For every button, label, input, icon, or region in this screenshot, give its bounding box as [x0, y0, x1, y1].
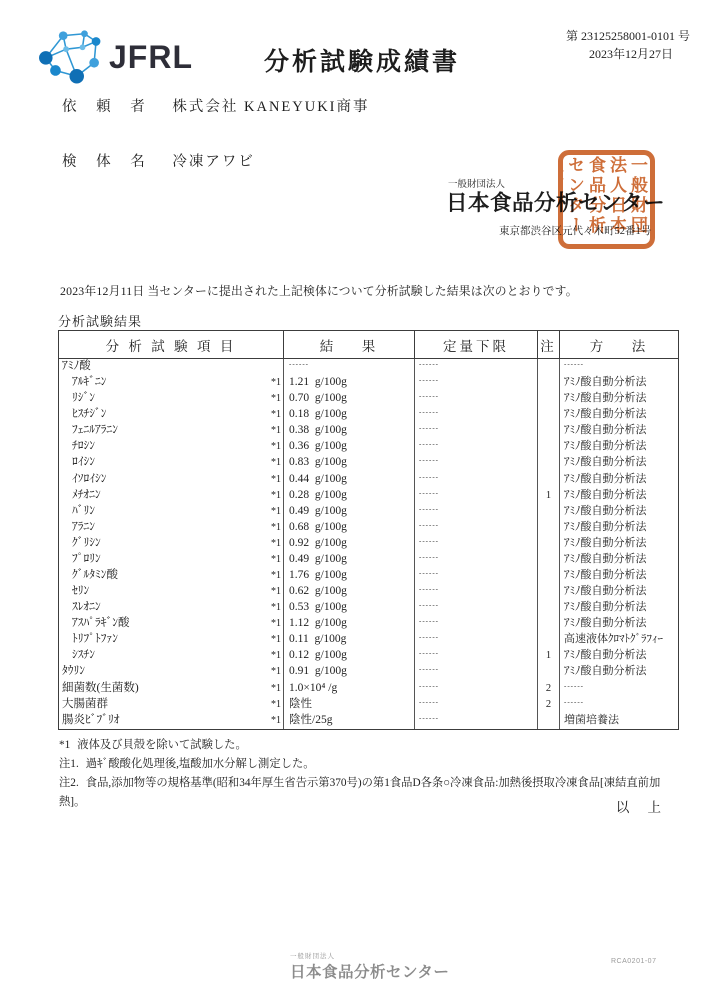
footnote-text: 過ｷﾞ酸酸化処理後,塩酸加水分解し測定した。	[86, 758, 315, 770]
cell-loq: ------	[414, 359, 537, 375]
cell-result: 0.83 g/100g	[283, 455, 414, 471]
cell-item: 大腸菌群 *1	[59, 697, 283, 713]
table-row: ﾋｽﾁｼﾞﾝ *1 0.18 g/100g ------ ｱﾐﾉ酸自動分析法	[59, 407, 678, 423]
item-name: ｱｽﾊﾟﾗｷﾞﾝ酸	[72, 616, 130, 632]
item-ref-mark: *1	[271, 664, 283, 680]
item-name: ｼｽﾁﾝ	[72, 648, 95, 664]
cell-note	[537, 536, 559, 552]
cell-note: 2	[537, 681, 559, 697]
cell-loq: ------	[414, 391, 537, 407]
footnote-marker: *1	[59, 739, 70, 751]
cell-note	[537, 600, 559, 616]
cell-loq: ------	[414, 697, 537, 713]
table-row: ｱﾐﾉ酸 ------ ------ ------	[59, 359, 678, 375]
item-name: ﾀｳﾘﾝ	[62, 664, 85, 680]
cell-item: ｱﾗﾆﾝ *1	[59, 520, 283, 536]
column-header-result: 結 果	[283, 331, 414, 358]
cell-item: ﾌﾟﾛﾘﾝ *1	[59, 552, 283, 568]
item-name: ﾄﾘﾌﾟﾄﾌｧﾝ	[72, 632, 118, 648]
cell-result: 0.36 g/100g	[283, 439, 414, 455]
table-row: ﾒﾁｵﾆﾝ *1 0.28 g/100g ------ 1 ｱﾐﾉ酸自動分析法	[59, 488, 678, 504]
item-name: ｱﾐﾉ酸	[62, 359, 91, 375]
cell-loq: ------	[414, 423, 537, 439]
item-name: ｾﾘﾝ	[72, 584, 89, 600]
item-name: ﾁﾛｼﾝ	[72, 439, 95, 455]
cell-result: 0.18 g/100g	[283, 407, 414, 423]
item-ref-mark: *1	[271, 439, 283, 455]
cell-method: ｱﾐﾉ酸自動分析法	[559, 472, 678, 488]
item-ref-mark: *1	[271, 536, 283, 552]
item-name: ｱﾙｷﾞﾆﾝ	[72, 375, 107, 391]
table-row: ｲｿﾛｲｼﾝ *1 0.44 g/100g ------ ｱﾐﾉ酸自動分析法	[59, 472, 678, 488]
table-row: ﾌﾟﾛﾘﾝ *1 0.49 g/100g ------ ｱﾐﾉ酸自動分析法	[59, 552, 678, 568]
cell-method: ------	[559, 681, 678, 697]
jfrl-logo-text: JFRL	[109, 39, 193, 76]
cell-note	[537, 520, 559, 536]
cell-item: ﾊﾞﾘﾝ *1	[59, 504, 283, 520]
table-row: ﾌｪﾆﾙｱﾗﾆﾝ *1 0.38 g/100g ------ ｱﾐﾉ酸自動分析法	[59, 423, 678, 439]
column-header-loq: 定量下限	[414, 331, 537, 358]
cell-loq: ------	[414, 536, 537, 552]
cell-loq: ------	[414, 407, 537, 423]
item-name: ｸﾞﾙﾀﾐﾝ酸	[72, 568, 118, 584]
table-row: ｼｽﾁﾝ *1 0.12 g/100g ------ 1 ｱﾐﾉ酸自動分析法	[59, 648, 678, 664]
cell-result: 0.91 g/100g	[283, 664, 414, 680]
footnote-text: 液体及び貝殻を除いて試験した。	[77, 739, 246, 751]
cell-result: 0.70 g/100g	[283, 391, 414, 407]
cell-result: 1.12 g/100g	[283, 616, 414, 632]
cell-item: ﾁﾛｼﾝ *1	[59, 439, 283, 455]
results-table: 分 析 試 験 項 目 結 果 定量下限 注 方 法 ｱﾐﾉ酸 ------ -…	[58, 330, 679, 730]
item-name: ｸﾞﾘｼﾝ	[72, 536, 101, 552]
item-ref-mark: *1	[271, 681, 283, 697]
results-table-body: ｱﾐﾉ酸 ------ ------ ------ ｱﾙｷﾞﾆﾝ *1 1.21…	[59, 359, 678, 729]
cell-item: ｱﾙｷﾞﾆﾝ *1	[59, 375, 283, 391]
table-row: ｾﾘﾝ *1 0.62 g/100g ------ ｱﾐﾉ酸自動分析法	[59, 584, 678, 600]
cell-method: ------	[559, 359, 678, 375]
client-row: 依 頼 者 株式会社 KANEYUKI商事	[62, 95, 370, 116]
cell-note	[537, 439, 559, 455]
item-name: ｽﾚｵﾆﾝ	[72, 600, 101, 616]
cell-result: 0.28 g/100g	[283, 488, 414, 504]
item-ref-mark: *1	[271, 472, 283, 488]
cell-loq: ------	[414, 648, 537, 664]
cell-note	[537, 504, 559, 520]
cell-result: 0.44 g/100g	[283, 472, 414, 488]
cell-loq: ------	[414, 552, 537, 568]
item-name: ﾊﾞﾘﾝ	[72, 504, 95, 520]
cell-method: ｱﾐﾉ酸自動分析法	[559, 391, 678, 407]
item-name: ﾌｪﾆﾙｱﾗﾆﾝ	[72, 423, 118, 439]
sample-row: 検 体 名 冷凍アワビ	[62, 150, 255, 171]
cell-method: ｱﾐﾉ酸自動分析法	[559, 439, 678, 455]
client-label: 依 頼 者	[62, 99, 153, 115]
table-row: ｽﾚｵﾆﾝ *1 0.53 g/100g ------ ｱﾐﾉ酸自動分析法	[59, 600, 678, 616]
cell-loq: ------	[414, 616, 537, 632]
item-ref-mark: *1	[271, 568, 283, 584]
cell-item: ｸﾞﾘｼﾝ *1	[59, 536, 283, 552]
cell-loq: ------	[414, 568, 537, 584]
cell-loq: ------	[414, 520, 537, 536]
cell-loq: ------	[414, 632, 537, 648]
item-ref-mark: *1	[271, 648, 283, 664]
cell-loq: ------	[414, 664, 537, 680]
table-row: 腸炎ﾋﾞﾌﾞﾘｵ *1 陰性/25g ------ 増菌培養法	[59, 713, 678, 729]
cell-method: 増菌培養法	[559, 713, 678, 729]
item-name: 大腸菌群	[62, 697, 108, 713]
item-name: ﾘｼﾞﾝ	[72, 391, 95, 407]
table-row: ﾛｲｼﾝ *1 0.83 g/100g ------ ｱﾐﾉ酸自動分析法	[59, 455, 678, 471]
item-ref-mark: *1	[271, 520, 283, 536]
cell-item: ｱｽﾊﾟﾗｷﾞﾝ酸 *1	[59, 616, 283, 632]
cell-method: ｱﾐﾉ酸自動分析法	[559, 488, 678, 504]
results-table-header: 分 析 試 験 項 目 結 果 定量下限 注 方 法	[59, 331, 678, 359]
cell-result: 1.76 g/100g	[283, 568, 414, 584]
cell-result: 0.62 g/100g	[283, 584, 414, 600]
cell-method: ｱﾐﾉ酸自動分析法	[559, 536, 678, 552]
cell-note	[537, 375, 559, 391]
cell-result: 0.68 g/100g	[283, 520, 414, 536]
cell-item: ｱﾐﾉ酸	[59, 359, 283, 375]
item-ref-mark: *1	[271, 423, 283, 439]
cell-note	[537, 584, 559, 600]
item-name: ﾛｲｼﾝ	[72, 455, 95, 471]
cell-loq: ------	[414, 584, 537, 600]
cell-method: ｱﾐﾉ酸自動分析法	[559, 375, 678, 391]
item-ref-mark: *1	[271, 391, 283, 407]
item-ref-mark: *1	[271, 697, 283, 713]
cell-method: 高速液体ｸﾛﾏﾄｸﾞﾗﾌｨｰ	[559, 632, 678, 648]
cell-item: ﾒﾁｵﾆﾝ *1	[59, 488, 283, 504]
item-ref-mark: *1	[271, 488, 283, 504]
item-name: ｲｿﾛｲｼﾝ	[72, 472, 107, 488]
cell-result: 0.12 g/100g	[283, 648, 414, 664]
cell-loq: ------	[414, 375, 537, 391]
table-row: ﾀｳﾘﾝ *1 0.91 g/100g ------ ｱﾐﾉ酸自動分析法	[59, 664, 678, 680]
table-row: ﾄﾘﾌﾟﾄﾌｧﾝ *1 0.11 g/100g ------ 高速液体ｸﾛﾏﾄｸ…	[59, 632, 678, 648]
cell-item: ﾛｲｼﾝ *1	[59, 455, 283, 471]
cell-result: 0.11 g/100g	[283, 632, 414, 648]
cell-note	[537, 552, 559, 568]
item-name: 細菌数(生菌数)	[62, 681, 139, 697]
cell-method: ｱﾐﾉ酸自動分析法	[559, 584, 678, 600]
cell-method: ｱﾐﾉ酸自動分析法	[559, 407, 678, 423]
item-ref-mark: *1	[271, 616, 283, 632]
cell-result: 陰性/25g	[283, 713, 414, 729]
cell-result: 0.49 g/100g	[283, 504, 414, 520]
cell-item: ﾘｼﾞﾝ *1	[59, 391, 283, 407]
cell-note	[537, 391, 559, 407]
cell-loq: ------	[414, 504, 537, 520]
cell-note	[537, 713, 559, 729]
cell-item: ﾄﾘﾌﾟﾄﾌｧﾝ *1	[59, 632, 283, 648]
cell-result: 1.0×10⁴ /g	[283, 681, 414, 697]
table-row: ｱﾗﾆﾝ *1 0.68 g/100g ------ ｱﾐﾉ酸自動分析法	[59, 520, 678, 536]
results-section-title: 分析試験結果	[58, 311, 142, 330]
jfrl-logo: JFRL	[34, 26, 193, 89]
table-row: ｱｽﾊﾟﾗｷﾞﾝ酸 *1 1.12 g/100g ------ ｱﾐﾉ酸自動分析…	[59, 616, 678, 632]
report-statement: 2023年12月11日 当センターに提出された上記検体について分析試験した結果は…	[60, 282, 578, 299]
cell-note	[537, 423, 559, 439]
cell-loq: ------	[414, 600, 537, 616]
item-ref-mark: *1	[271, 375, 283, 391]
cell-item: 細菌数(生菌数) *1	[59, 681, 283, 697]
cell-note	[537, 359, 559, 375]
item-ref-mark: *1	[271, 584, 283, 600]
cell-note	[537, 616, 559, 632]
cell-note	[537, 632, 559, 648]
cell-result: 1.21 g/100g	[283, 375, 414, 391]
document-number: 第 23125258001-0101 号	[380, 27, 690, 44]
cell-method: ------	[559, 697, 678, 713]
item-ref-mark: *1	[271, 600, 283, 616]
analysis-report-page: JFRL 分析試験成績書 第 23125258001-0101 号 2023年1…	[0, 0, 704, 1000]
cell-note	[537, 472, 559, 488]
cell-method: ｱﾐﾉ酸自動分析法	[559, 520, 678, 536]
item-name: ｱﾗﾆﾝ	[72, 520, 95, 536]
lab-seal-text: 一般財団法人日本食品分析センター之印	[563, 155, 650, 244]
cell-result: 0.92 g/100g	[283, 536, 414, 552]
cell-note: 1	[537, 488, 559, 504]
cell-method: ｱﾐﾉ酸自動分析法	[559, 616, 678, 632]
column-header-note: 注	[537, 331, 559, 358]
cell-loq: ------	[414, 681, 537, 697]
table-row: 大腸菌群 *1 陰性 ------ 2 ------	[59, 697, 678, 713]
table-row: ﾘｼﾞﾝ *1 0.70 g/100g ------ ｱﾐﾉ酸自動分析法	[59, 391, 678, 407]
cell-result: 陰性	[283, 697, 414, 713]
item-name: ﾋｽﾁｼﾞﾝ	[72, 407, 107, 423]
cell-result: ------	[283, 359, 414, 375]
table-row: ﾊﾞﾘﾝ *1 0.49 g/100g ------ ｱﾐﾉ酸自動分析法	[59, 504, 678, 520]
column-header-item: 分 析 試 験 項 目	[59, 331, 283, 358]
column-header-method: 方 法	[559, 331, 678, 358]
cell-loq: ------	[414, 488, 537, 504]
cell-method: ｱﾐﾉ酸自動分析法	[559, 455, 678, 471]
cell-result: 0.38 g/100g	[283, 423, 414, 439]
jfrl-molecule-icon	[34, 26, 104, 89]
footer-lab-logo: 一般財団法人 日本食品分析センター	[290, 951, 449, 982]
lab-seal-stamp: 一般財団法人日本食品分析センター之印	[558, 150, 655, 249]
cell-loq: ------	[414, 713, 537, 729]
item-name: 腸炎ﾋﾞﾌﾞﾘｵ	[62, 713, 120, 729]
cell-item: ｽﾚｵﾆﾝ *1	[59, 600, 283, 616]
cell-method: ｱﾐﾉ酸自動分析法	[559, 648, 678, 664]
sample-value: 冷凍アワビ	[172, 154, 255, 170]
cell-item: ｾﾘﾝ *1	[59, 584, 283, 600]
cell-loq: ------	[414, 455, 537, 471]
closing-mark: 以 上	[58, 796, 663, 816]
cell-note	[537, 407, 559, 423]
item-name: ﾒﾁｵﾆﾝ	[72, 488, 101, 504]
cell-result: 0.53 g/100g	[283, 600, 414, 616]
cell-item: ｸﾞﾙﾀﾐﾝ酸 *1	[59, 568, 283, 584]
client-value: 株式会社 KANEYUKI商事	[172, 99, 369, 115]
cell-item: ｼｽﾁﾝ *1	[59, 648, 283, 664]
table-row: ｸﾞﾘｼﾝ *1 0.92 g/100g ------ ｱﾐﾉ酸自動分析法	[59, 536, 678, 552]
cell-method: ｱﾐﾉ酸自動分析法	[559, 504, 678, 520]
cell-method: ｱﾐﾉ酸自動分析法	[559, 568, 678, 584]
footnote-marker: 注2.	[59, 777, 79, 789]
cell-item: ﾀｳﾘﾝ *1	[59, 664, 283, 680]
cell-method: ｱﾐﾉ酸自動分析法	[559, 423, 678, 439]
cell-note	[537, 664, 559, 680]
cell-item: ﾌｪﾆﾙｱﾗﾆﾝ *1	[59, 423, 283, 439]
issue-date: 2023年12月27日	[380, 45, 673, 62]
item-ref-mark: *1	[271, 455, 283, 471]
cell-loq: ------	[414, 472, 537, 488]
footnote-marker: 注1.	[59, 758, 79, 770]
item-ref-mark: *1	[271, 632, 283, 648]
footer-org-type: 一般財団法人	[290, 951, 449, 960]
footnote-line: 注1.過ｷﾞ酸酸化処理後,塩酸加水分解し測定した。	[59, 755, 671, 774]
item-ref-mark: *1	[271, 552, 283, 568]
cell-method: ｱﾐﾉ酸自動分析法	[559, 600, 678, 616]
cell-result: 0.49 g/100g	[283, 552, 414, 568]
cell-item: 腸炎ﾋﾞﾌﾞﾘｵ *1	[59, 713, 283, 729]
cell-note: 1	[537, 648, 559, 664]
cell-method: ｱﾐﾉ酸自動分析法	[559, 664, 678, 680]
table-row: 細菌数(生菌数) *1 1.0×10⁴ /g ------ 2 ------	[59, 681, 678, 697]
cell-loq: ------	[414, 439, 537, 455]
cell-note: 2	[537, 697, 559, 713]
cell-note	[537, 568, 559, 584]
item-ref-mark: *1	[271, 504, 283, 520]
cell-item: ｲｿﾛｲｼﾝ *1	[59, 472, 283, 488]
table-row: ﾁﾛｼﾝ *1 0.36 g/100g ------ ｱﾐﾉ酸自動分析法	[59, 439, 678, 455]
table-row: ｸﾞﾙﾀﾐﾝ酸 *1 1.76 g/100g ------ ｱﾐﾉ酸自動分析法	[59, 568, 678, 584]
sample-label: 検 体 名	[62, 154, 153, 170]
cell-method: ｱﾐﾉ酸自動分析法	[559, 552, 678, 568]
cell-item: ﾋｽﾁｼﾞﾝ *1	[59, 407, 283, 423]
cell-note	[537, 455, 559, 471]
table-row: ｱﾙｷﾞﾆﾝ *1 1.21 g/100g ------ ｱﾐﾉ酸自動分析法	[59, 375, 678, 391]
item-ref-mark: *1	[271, 407, 283, 423]
item-ref-mark: *1	[271, 713, 283, 729]
footer-org-name: 日本食品分析センター	[290, 960, 449, 982]
item-name: ﾌﾟﾛﾘﾝ	[72, 552, 101, 568]
footnote-line: *1液体及び貝殻を除いて試験した。	[59, 736, 671, 755]
footer-doc-code: RCA0201-07	[611, 958, 656, 965]
